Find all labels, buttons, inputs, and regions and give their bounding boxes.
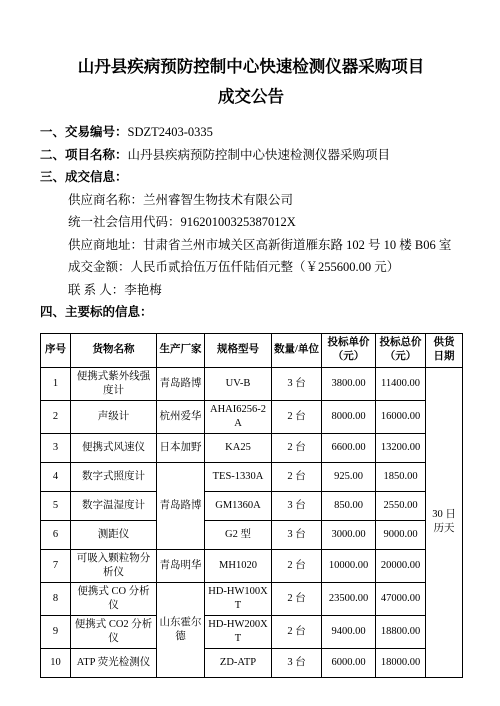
table-row: 8 便携式 CO 分析仪 山东霍尔德 HD-HW100XT 2 台 23500.…	[41, 582, 463, 615]
cell-goods-name: ATP 荧光检测仪	[71, 648, 157, 677]
cell-no: 4	[41, 462, 71, 491]
cell-model: MH1020	[205, 549, 272, 582]
cell-no: 2	[41, 400, 71, 433]
cell-unit-price: 6600.00	[322, 433, 376, 462]
supplier-name-label: 供应商名称：	[68, 193, 143, 207]
cell-unit-price: 10000.00	[322, 549, 376, 582]
cell-no: 5	[41, 491, 71, 520]
credit-code-value: 91620100325387012X	[181, 215, 296, 229]
cell-unit-price: 8000.00	[322, 400, 376, 433]
transaction-number-line: 一、交易编号：SDZT2403-0335	[40, 121, 462, 144]
cell-unit-price: 23500.00	[322, 582, 376, 615]
table-row: 6 测距仪 G2 型 3 台 3000.00 9000.00	[41, 520, 463, 549]
cell-quantity: 3 台	[272, 491, 322, 520]
award-amount-value: 人民币贰拾伍万伍仟陆佰元整（￥255600.00 元）	[131, 260, 400, 274]
table-row: 7 可吸入颗粒物分析仪 青岛明华 MH1020 2 台 10000.00 200…	[41, 549, 463, 582]
col-header-manufacturer: 生产厂家	[157, 333, 205, 367]
contact-person-line: 联 系 人：李艳梅	[40, 279, 462, 302]
cell-total-price: 20000.00	[376, 549, 426, 582]
award-amount-line: 成交金额：人民币贰拾伍万伍仟陆佰元整（￥255600.00 元）	[40, 256, 462, 279]
project-name-value: 山丹县疾病预防控制中心快速检测仪器采购项目	[128, 148, 391, 162]
cell-goods-name: 测距仪	[71, 520, 157, 549]
table-row: 1 便携式紫外线强度计 青岛路博 UV-B 3 台 3800.00 11400.…	[41, 367, 463, 400]
award-info-heading-label: 三、成交信息：	[40, 170, 128, 184]
col-header-delivery-date: 供货 日期	[426, 333, 463, 367]
transaction-number-value: SDZT2403-0335	[128, 125, 213, 139]
cell-model: G2 型	[205, 520, 272, 549]
cell-model: UV-B	[205, 367, 272, 400]
cell-no: 7	[41, 549, 71, 582]
cell-total-price: 18800.00	[376, 615, 426, 648]
cell-quantity: 2 台	[272, 462, 322, 491]
supplier-address-value: 甘肃省兰州市城关区高新街道雁东路 102 号 10 楼 B06 室	[143, 238, 451, 252]
cell-total-price: 16000.00	[376, 400, 426, 433]
table-row: 5 数字温湿度计 GM1360A 3 台 850.00 2550.00	[41, 491, 463, 520]
goods-table: 序号 货物名称 生产厂家 规格型号 数量/单位 投标单价 （元） 投标总价 （元…	[40, 333, 463, 678]
cell-model: TES-1330A	[205, 462, 272, 491]
cell-manufacturer-merged: 山东霍尔德	[157, 582, 205, 677]
award-amount-label: 成交金额：	[68, 260, 131, 274]
cell-model: ZD-ATP	[205, 648, 272, 677]
cell-goods-name: 声级计	[71, 400, 157, 433]
col-header-quantity: 数量/单位	[272, 333, 322, 367]
cell-goods-name: 便携式 CO2 分析仪	[71, 615, 157, 648]
cell-model: HD-HW200XT	[205, 615, 272, 648]
cell-quantity: 2 台	[272, 615, 322, 648]
cell-model: HD-HW100XT	[205, 582, 272, 615]
col-header-unit-price: 投标单价 （元）	[322, 333, 376, 367]
cell-unit-price: 6000.00	[322, 648, 376, 677]
cell-total-price: 9000.00	[376, 520, 426, 549]
document-title-line1: 山丹县疾病预防控制中心快速检测仪器采购项目	[40, 52, 462, 82]
document-page: 山丹县疾病预防控制中心快速检测仪器采购项目 成交公告 一、交易编号：SDZT24…	[0, 0, 500, 706]
cell-unit-price: 850.00	[322, 491, 376, 520]
cell-unit-price: 925.00	[322, 462, 376, 491]
cell-no: 1	[41, 367, 71, 400]
cell-manufacturer: 杭州爱华	[157, 400, 205, 433]
cell-model: KA25	[205, 433, 272, 462]
cell-model: AHAI6256-2A	[205, 400, 272, 433]
contact-person-label: 联 系 人：	[68, 283, 124, 297]
cell-total-price: 11400.00	[376, 367, 426, 400]
cell-quantity: 2 台	[272, 400, 322, 433]
award-info-heading: 三、成交信息：	[40, 166, 462, 189]
project-name-line: 二、项目名称：山丹县疾病预防控制中心快速检测仪器采购项目	[40, 144, 462, 167]
table-row: 2 声级计 杭州爱华 AHAI6256-2A 2 台 8000.00 16000…	[41, 400, 463, 433]
cell-goods-name: 便携式紫外线强度计	[71, 367, 157, 400]
contact-person-value: 李艳梅	[124, 283, 162, 297]
cell-goods-name: 便携式 CO 分析仪	[71, 582, 157, 615]
cell-total-price: 2550.00	[376, 491, 426, 520]
cell-no: 6	[41, 520, 71, 549]
cell-total-price: 47000.00	[376, 582, 426, 615]
cell-goods-name: 可吸入颗粒物分析仪	[71, 549, 157, 582]
credit-code-label: 统一社会信用代码：	[68, 215, 181, 229]
cell-quantity: 2 台	[272, 433, 322, 462]
cell-model: GM1360A	[205, 491, 272, 520]
cell-no: 3	[41, 433, 71, 462]
cell-manufacturer: 青岛明华	[157, 549, 205, 582]
supplier-name-line: 供应商名称：兰州睿智生物技术有限公司	[40, 189, 462, 212]
credit-code-line: 统一社会信用代码：91620100325387012X	[40, 211, 462, 234]
project-name-label: 二、项目名称：	[40, 148, 128, 162]
cell-total-price: 13200.00	[376, 433, 426, 462]
cell-manufacturer: 日本加野	[157, 433, 205, 462]
col-header-index: 序号	[41, 333, 71, 367]
document-title-line2: 成交公告	[40, 82, 462, 112]
cell-unit-price: 9400.00	[322, 615, 376, 648]
main-subject-heading-label: 四、主要标的信息：	[40, 305, 153, 319]
cell-total-price: 18000.00	[376, 648, 426, 677]
cell-goods-name: 数字温湿度计	[71, 491, 157, 520]
cell-unit-price: 3800.00	[322, 367, 376, 400]
transaction-number-label: 一、交易编号：	[40, 125, 128, 139]
cell-manufacturer: 青岛路博	[157, 367, 205, 400]
cell-manufacturer-merged: 青岛路博	[157, 462, 205, 549]
col-header-goods-name: 货物名称	[71, 333, 157, 367]
cell-quantity: 3 台	[272, 648, 322, 677]
cell-unit-price: 3000.00	[322, 520, 376, 549]
table-row: 3 便携式风速仪 日本加野 KA25 2 台 6600.00 13200.00	[41, 433, 463, 462]
supplier-address-line: 供应商地址：甘肃省兰州市城关区高新街道雁东路 102 号 10 楼 B06 室	[40, 234, 462, 257]
main-subject-heading: 四、主要标的信息：	[40, 301, 462, 324]
cell-no: 8	[41, 582, 71, 615]
cell-no: 9	[41, 615, 71, 648]
col-header-model: 规格型号	[205, 333, 272, 367]
cell-goods-name: 便携式风速仪	[71, 433, 157, 462]
supplier-address-label: 供应商地址：	[68, 238, 143, 252]
cell-total-price: 1850.00	[376, 462, 426, 491]
table-row: 4 数字式照度计 青岛路博 TES-1330A 2 台 925.00 1850.…	[41, 462, 463, 491]
col-header-total-price: 投标总价 （元）	[376, 333, 426, 367]
cell-delivery-date: 30 日 历天	[426, 367, 463, 677]
cell-quantity: 2 台	[272, 582, 322, 615]
goods-table-header-row: 序号 货物名称 生产厂家 规格型号 数量/单位 投标单价 （元） 投标总价 （元…	[41, 333, 463, 367]
cell-no: 10	[41, 648, 71, 677]
table-row: 10 ATP 荧光检测仪 ZD-ATP 3 台 6000.00 18000.00	[41, 648, 463, 677]
cell-quantity: 3 台	[272, 520, 322, 549]
cell-quantity: 3 台	[272, 367, 322, 400]
supplier-name-value: 兰州睿智生物技术有限公司	[143, 193, 293, 207]
cell-quantity: 2 台	[272, 549, 322, 582]
table-row: 9 便携式 CO2 分析仪 HD-HW200XT 2 台 9400.00 188…	[41, 615, 463, 648]
cell-goods-name: 数字式照度计	[71, 462, 157, 491]
